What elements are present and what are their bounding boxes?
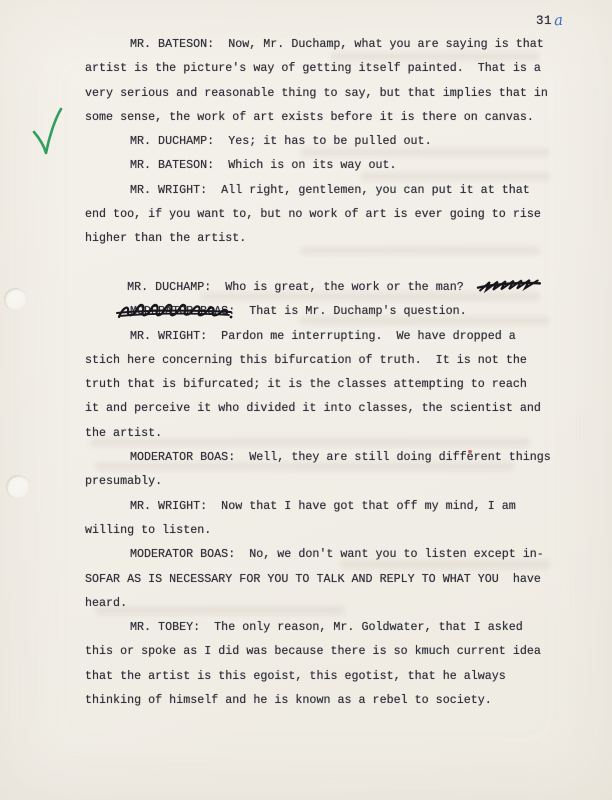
transcript-line: truth that is bifurcated; it is the clas… <box>85 372 563 396</box>
strikeout-scribble-icon <box>115 303 233 323</box>
transcript-line: MR. BATESON: Now, Mr. Duchamp, what you … <box>85 32 563 56</box>
transcript-line: artist is the picture's way of getting i… <box>85 56 563 80</box>
transcript-line: MR. WRIGHT: Now that I have got that off… <box>85 494 563 518</box>
document-page: 31a MR. BATESON: Now, Mr. Duchamp, what … <box>0 0 612 800</box>
transcript-line: MODERATOR BOAS: Well, they are still doi… <box>85 445 563 469</box>
transcript-line: SOFAR AS IS NECESSARY FOR YOU TO TALK AN… <box>85 567 563 591</box>
transcript-line: MR. WRIGHT: All right, gentlemen, you ca… <box>85 178 563 202</box>
transcript-line: the artist. <box>85 421 563 445</box>
transcript-line: MR. DUCHAMP: Yes; it has to be pulled ou… <box>85 129 563 153</box>
transcript: MR. BATESON: Now, Mr. Duchamp, what you … <box>85 32 563 712</box>
transcript-line: it and perceive it who divided it into c… <box>85 396 563 420</box>
transcript-line: MR. WRIGHT: Pardon me interrupting. We h… <box>85 324 563 348</box>
transcript-line: MR. DUCHAMP: Who is great, the work or t… <box>85 251 563 275</box>
transcript-line: stich here concerning this bifurcation o… <box>85 348 563 372</box>
transcript-line: MR. TOBEY: The only reason, Mr. Goldwate… <box>85 615 563 639</box>
punch-hole <box>4 288 27 311</box>
transcript-line: very serious and reasonable thing to say… <box>85 81 563 105</box>
transcript-line: presumably. <box>85 469 563 493</box>
checkmark-icon <box>28 106 64 160</box>
transcript-line: that the artist is this egoist, this ego… <box>85 664 563 688</box>
transcript-line: heard. <box>85 591 563 615</box>
transcript-line: end too, if you want to, but no work of … <box>85 202 563 226</box>
punch-hole <box>6 475 30 499</box>
page-number-typed: 31 <box>536 14 552 28</box>
transcript-line: higher than the artist. <box>85 226 563 250</box>
transcript-line: MR. BATESON: Which is on its way out. <box>85 153 563 177</box>
strikeout-scribble-icon <box>475 275 542 294</box>
transcript-line: this or spoke as I did was because there… <box>85 639 563 663</box>
transcript-line-text: MR. DUCHAMP: Who is great, the work or t… <box>127 280 464 294</box>
transcript-line: willing to listen. <box>85 518 563 542</box>
transcript-line: some sense, the work of art exists befor… <box>85 105 563 129</box>
page-number-handwritten-letter: a <box>553 11 564 30</box>
page-number: 31a <box>536 10 563 28</box>
transcript-line: thinking of himself and he is known as a… <box>85 688 563 712</box>
transcript-line: MODERATOR BOAS: No, we don't want you to… <box>85 542 563 566</box>
